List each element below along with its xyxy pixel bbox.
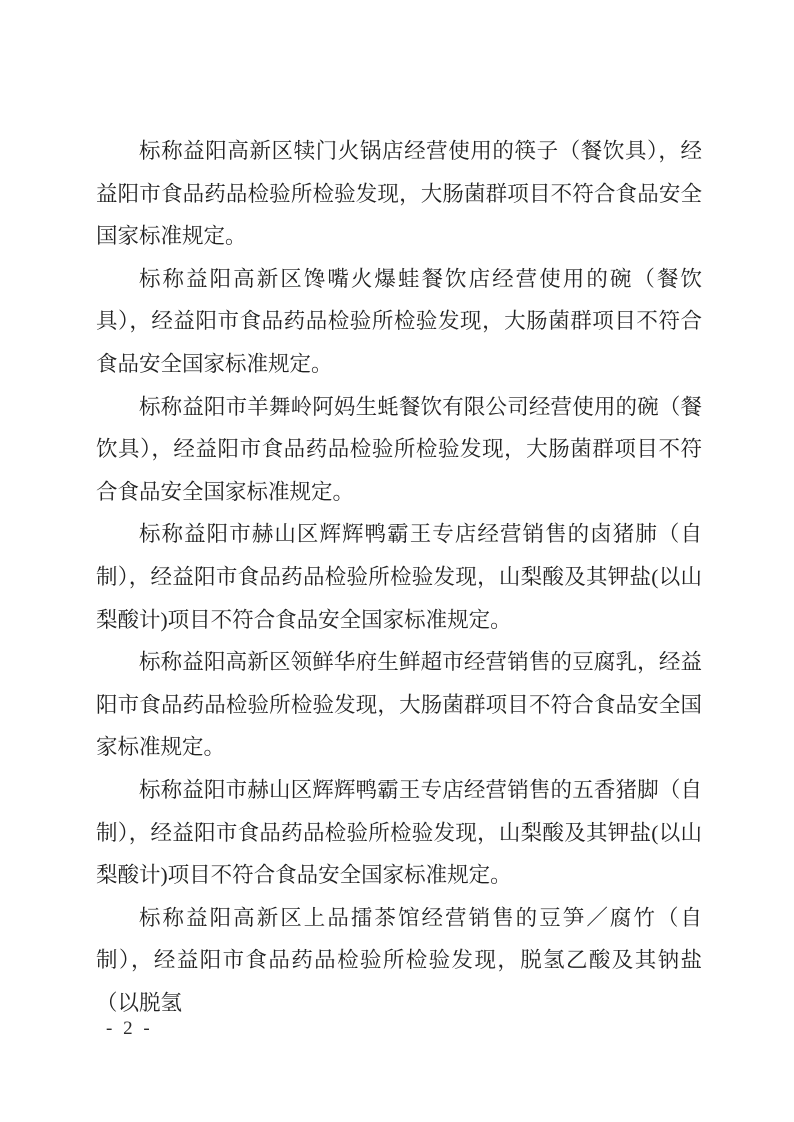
page-number: - 2 - [106,1018,153,1040]
paragraph-4: 标称益阳市赫山区辉辉鸭霸王专店经营销售的卤猪肺（自制），经益阳市食品药品检验所检… [96,513,702,641]
paragraph-1: 标称益阳高新区犊门火锅店经营使用的筷子（餐饮具），经益阳市食品药品检验所检验发现… [96,130,702,258]
paragraph-7: 标称益阳高新区上品擂茶馆经营销售的豆笋／腐竹（自制），经益阳市食品药品检验所检验… [96,897,702,1025]
paragraph-3: 标称益阳市羊舞岭阿妈生蚝餐饮有限公司经营使用的碗（餐饮具），经益阳市食品药品检验… [96,386,702,514]
document-body: 标称益阳高新区犊门火锅店经营使用的筷子（餐饮具），经益阳市食品药品检验所检验发现… [96,130,702,1024]
document-page: 标称益阳高新区犊门火锅店经营使用的筷子（餐饮具），经益阳市食品药品检验所检验发现… [0,0,794,1122]
paragraph-5: 标称益阳高新区领鲜华府生鲜超市经营销售的豆腐乳，经益阳市食品药品检验所检验发现，… [96,641,702,769]
paragraph-6: 标称益阳市赫山区辉辉鸭霸王专店经营销售的五香猪脚（自制），经益阳市食品药品检验所… [96,769,702,897]
paragraph-2: 标称益阳高新区馋嘴火爆蛙餐饮店经营使用的碗（餐饮具），经益阳市食品药品检验所检验… [96,258,702,386]
